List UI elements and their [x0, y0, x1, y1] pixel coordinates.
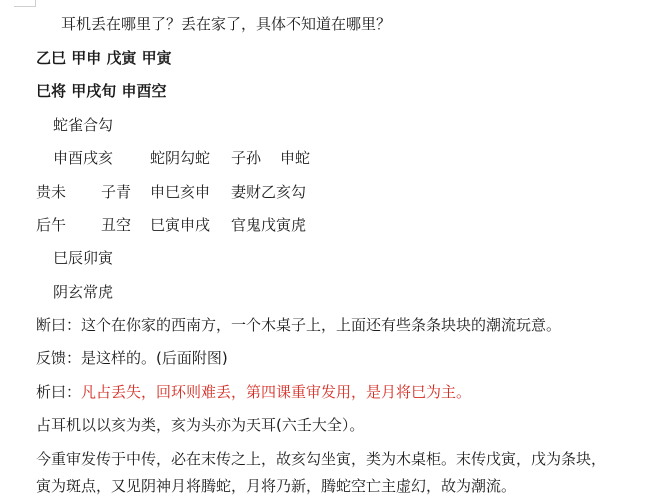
analysis-label: 析曰： [36, 383, 81, 401]
row4-col-a: 后午 [36, 215, 66, 235]
row2-col-b: 蛇阴勾蛇 [150, 148, 210, 168]
row2-col-c: 子孙 [231, 148, 261, 168]
analysis-line: 析曰：凡占丢失，回环则难丢，第四课重审发用，是月将巳为主。 [36, 382, 471, 402]
yuejiang-line: 巳将 甲戌旬 申酉空 [36, 81, 166, 101]
row3-col-a: 贵未 [36, 182, 66, 202]
page-corner-mark [14, 0, 36, 7]
row4-col-d: 官鬼戊寅虎 [231, 215, 306, 235]
tianpan-row-5: 巳辰卯寅 [53, 248, 113, 268]
tianpan-row-6: 阴玄常虎 [53, 282, 113, 302]
feedback-text: 反馈：是这样的。(后面附图) [36, 348, 228, 368]
row3-col-b: 子青 [101, 182, 131, 202]
row3-col-d: 妻财乙亥勾 [231, 182, 306, 202]
row4-col-c: 巳寅申戌 [150, 215, 210, 235]
row4-col-b: 丑空 [101, 215, 131, 235]
tianpan-row-1: 蛇雀合勾 [53, 115, 113, 135]
paragraph-2-line-1: 今重审发传于中传，必在末传之上，故亥勾坐寅，类为木桌柜。末传戊寅，戊为条块， [36, 449, 606, 469]
judgement-text: 断曰：这个在你家的西南方，一个木桌子上，上面还有些条条块块的潮流玩意。 [36, 315, 561, 335]
ganzhi-line: 乙巳 甲申 戊寅 甲寅 [36, 48, 172, 68]
paragraph-1: 占耳机以以亥为类，亥为头亦为天耳(六壬大全）。 [36, 415, 364, 435]
question-text: 耳机丢在哪里了？丢在家了，具体不知道在哪里？ [61, 14, 391, 34]
row2-col-d: 申蛇 [280, 148, 310, 168]
row2-col-a: 申酉戌亥 [53, 148, 113, 168]
row3-col-c: 申巳亥申 [150, 182, 210, 202]
analysis-highlight: 凡占丢失，回环则难丢，第四课重审发用，是月将巳为主。 [81, 383, 471, 401]
paragraph-2-line-2: 寅为斑点，又见阴神月将腾蛇，月将乃新，腾蛇空亡主虚幻，故为潮流。 [36, 476, 516, 496]
